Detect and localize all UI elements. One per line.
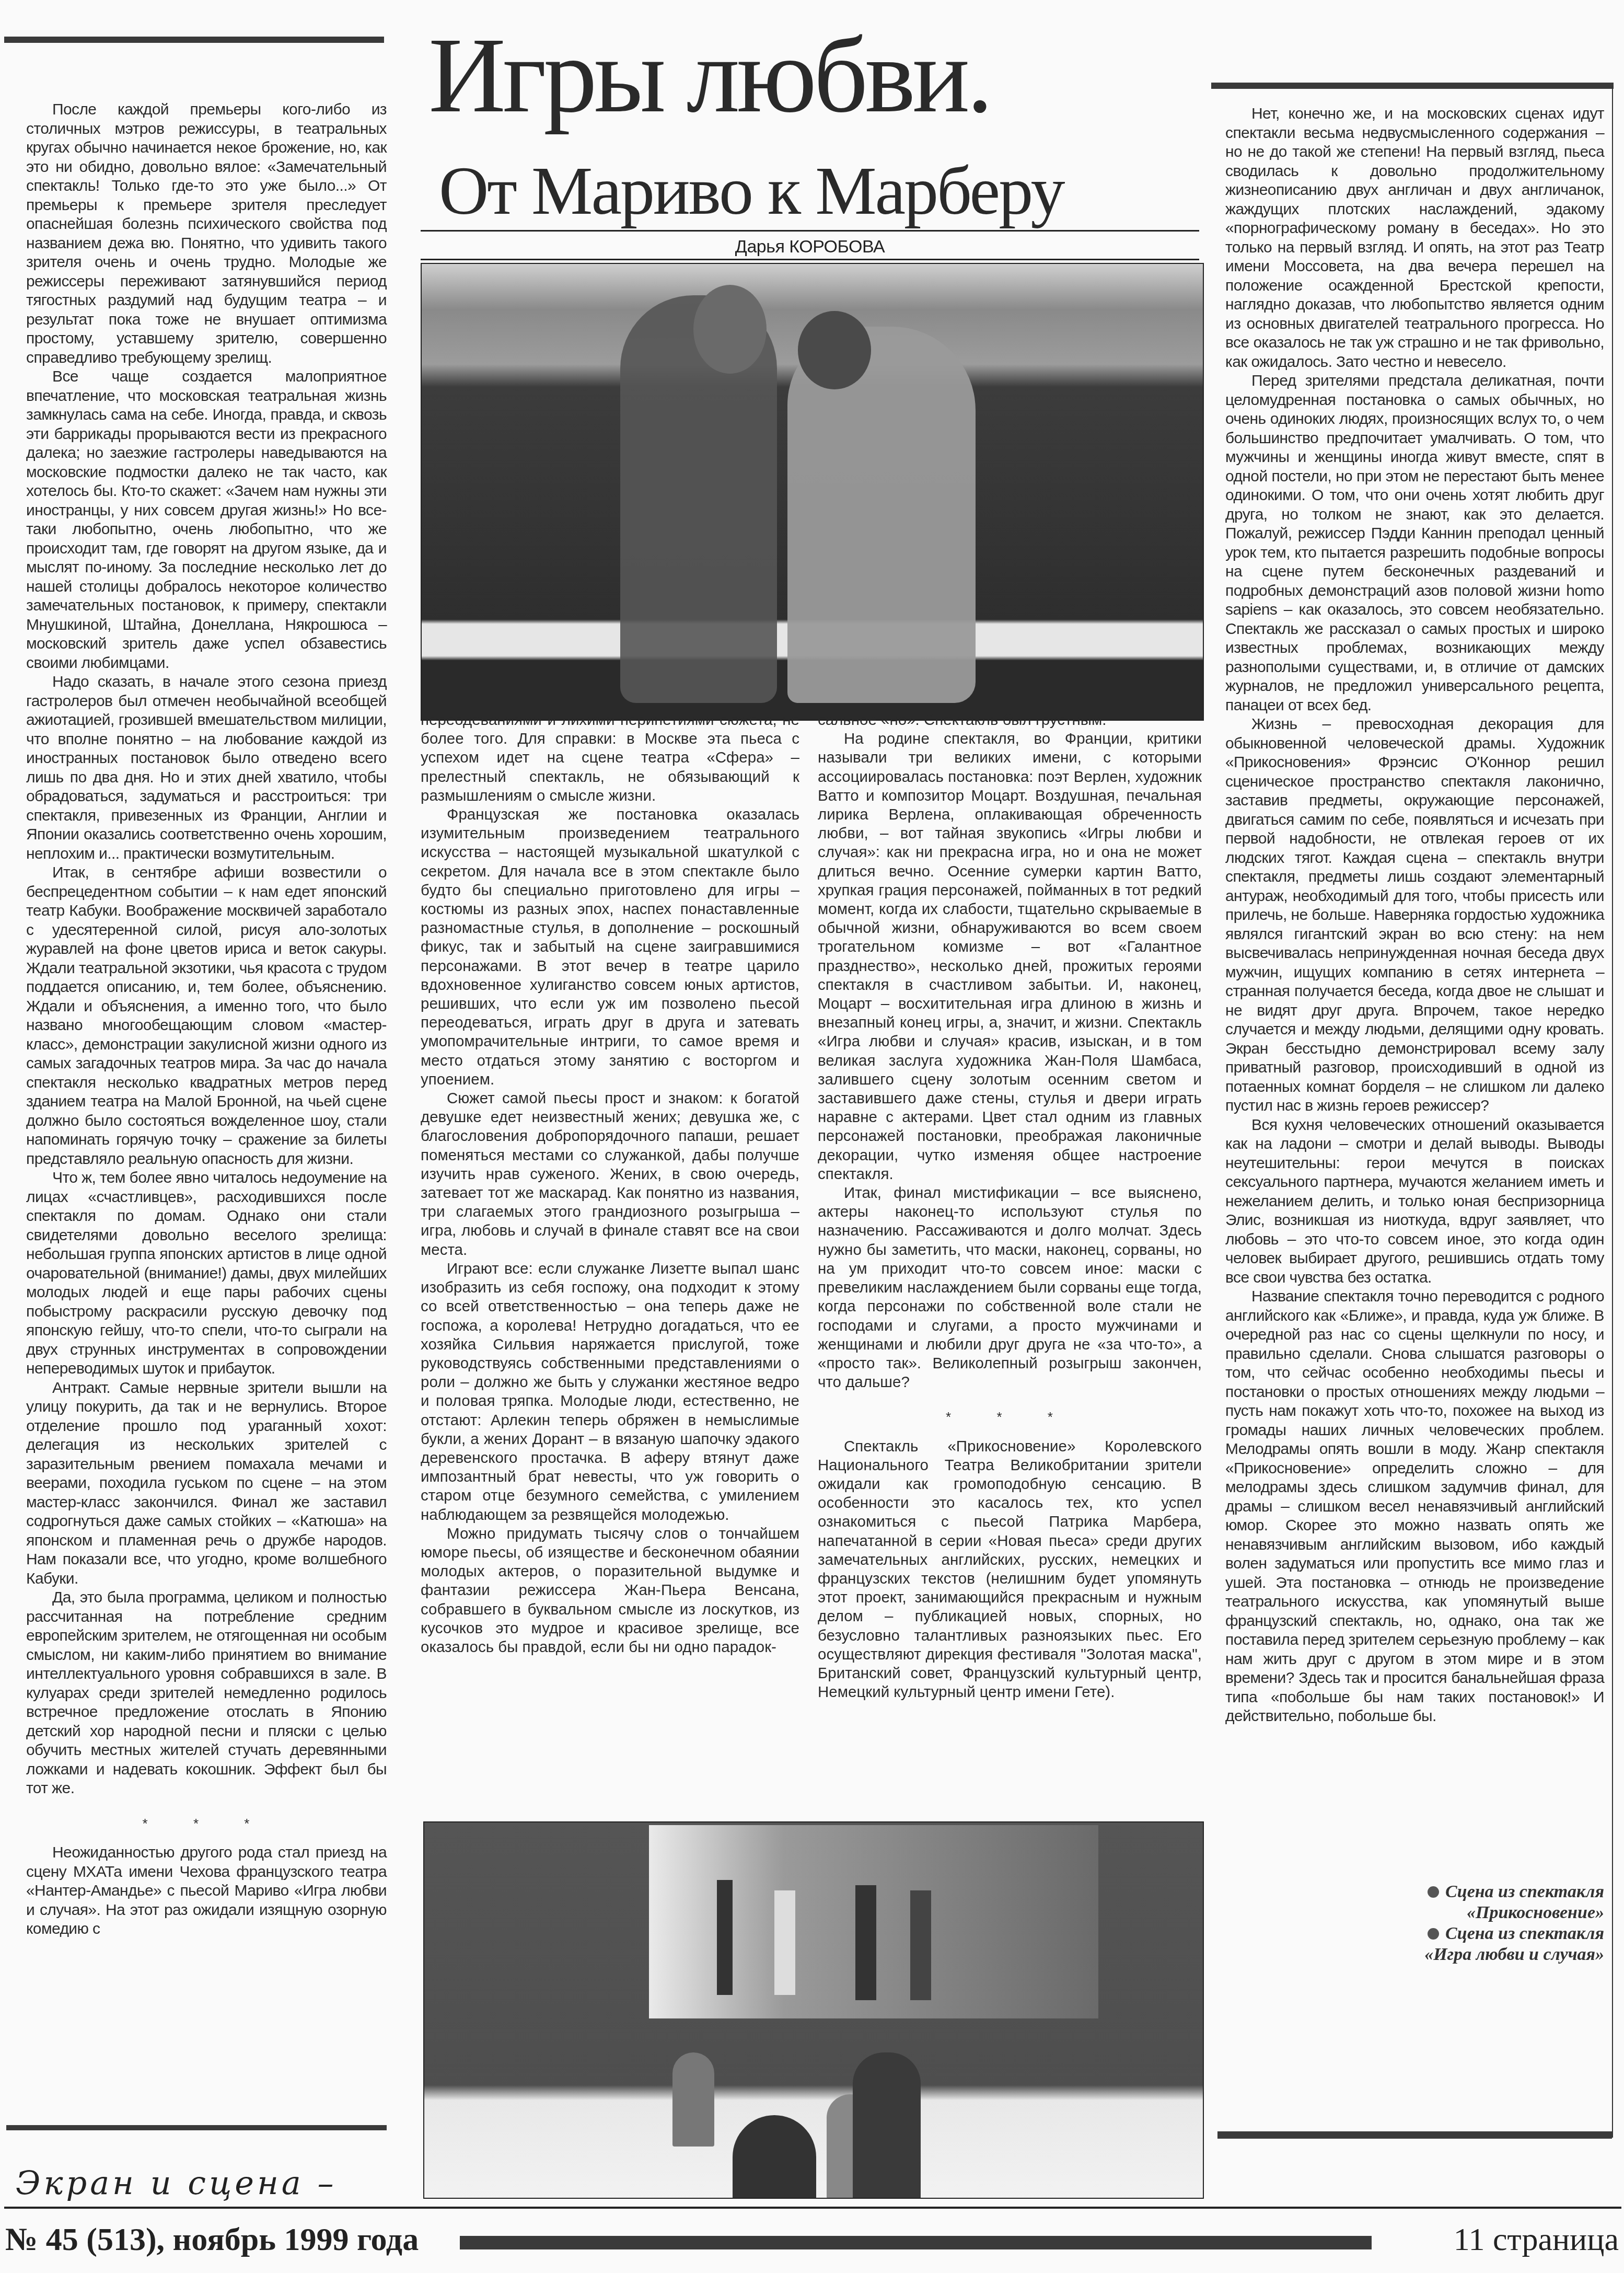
column-mid-right: сальное «но». Спектакль был грустным. На… xyxy=(818,711,1202,1702)
paragraph: Что ж, тем более явно читалось недоумени… xyxy=(26,1169,387,1379)
section-separator: * * * xyxy=(26,1814,387,1833)
headline-title: Игры любви. xyxy=(428,16,990,136)
figure-2 xyxy=(774,1890,795,1995)
paragraph: Спектакль «Прикосновение» Королевского Н… xyxy=(818,1437,1202,1702)
figure-3 xyxy=(855,1885,876,2000)
paragraph: Играют все: если служанке Лизетте выпал … xyxy=(421,1260,799,1525)
column-left: После каждой премьеры кого-либо из столи… xyxy=(26,100,387,1939)
standing-figure xyxy=(853,2052,921,2199)
figure-woman-head xyxy=(798,311,871,389)
paragraph: Перед зрителями предстала деликатная, по… xyxy=(1225,372,1604,715)
paragraph: Вся кухня человеческих отношений оказыва… xyxy=(1225,1116,1604,1288)
caption-2: Сцена из спектакля xyxy=(1296,1923,1604,1944)
column-right-border xyxy=(1612,86,1613,2138)
photo-captions: Сцена из спектакля «Прикосновение» Сцена… xyxy=(1296,1882,1604,1965)
paragraph: переодеваниями и лихими перипетиями сюже… xyxy=(421,711,799,805)
handwritten-note: Экран и сцена – xyxy=(16,2164,337,2202)
figure-4 xyxy=(910,1890,931,2000)
caption-1: Сцена из спектакля xyxy=(1296,1882,1604,1902)
caption-1-title: «Прикосновение» xyxy=(1296,1902,1604,1923)
bottom-rule-left xyxy=(6,2125,387,2130)
paragraph: Все чаще создается малоприятное впечатле… xyxy=(26,367,387,673)
footer-bar xyxy=(460,2236,1372,2249)
top-rule-left xyxy=(4,37,384,43)
page-number: 11 страница xyxy=(1454,2221,1619,2258)
paragraph: Сюжет самой пьесы прост и знаком: к бога… xyxy=(421,1089,799,1260)
bullet-icon xyxy=(1428,1928,1439,1940)
top-photo xyxy=(421,263,1204,721)
figure-1 xyxy=(717,1880,733,1995)
bullet-icon xyxy=(1428,1886,1439,1898)
byline-rule-bottom xyxy=(421,259,1199,260)
chair-1 xyxy=(672,2052,714,2147)
caption-2-title: «Игра любви и случая» xyxy=(1296,1944,1604,1965)
paragraph: На родине спектакля, во Франции, критики… xyxy=(818,730,1202,1184)
paragraph: Итак, в сентябре афиши возвестили о бесп… xyxy=(26,863,387,1169)
paragraph: Можно придумать тысячу слов о тончайшем … xyxy=(421,1525,799,1657)
byline: Дарья КОРОБОВА xyxy=(421,237,1199,257)
paragraph: сальное «но». Спектакль был грустным. xyxy=(818,711,1202,730)
seated-figure xyxy=(733,2115,816,2199)
paragraph: Название спектакля точно переводится с р… xyxy=(1225,1287,1604,1726)
paragraph: Надо сказать, в начале этого сезона прие… xyxy=(26,673,387,863)
column-mid-left: переодеваниями и лихими перипетиями сюже… xyxy=(421,711,799,1657)
paragraph: Антракт. Самые нервные зрители вышли на … xyxy=(26,1379,387,1589)
paragraph: Итак, финал мистификации – все выяснено,… xyxy=(818,1184,1202,1392)
top-rule-right xyxy=(1211,83,1614,89)
figure-man-head xyxy=(693,285,767,374)
column-right: Нет, конечно же, и на московских сценах … xyxy=(1225,105,1604,1726)
byline-rule-top xyxy=(421,230,1199,232)
paragraph: Неожиданностью другого рода стал приезд … xyxy=(26,1843,387,1939)
headline-subtitle: От Мариво к Марберу xyxy=(439,152,1063,230)
paragraph: Нет, конечно же, и на московских сценах … xyxy=(1225,105,1604,372)
bottom-photo xyxy=(423,1821,1204,2199)
footer-rule xyxy=(4,2207,1621,2209)
paragraph: Жизнь – превосходная декорация для обыкн… xyxy=(1225,715,1604,1116)
paragraph: Да, это была программа, целиком и полнос… xyxy=(26,1588,387,1798)
bottom-rule-right xyxy=(1217,2131,1612,2139)
section-separator: * * * xyxy=(818,1407,1202,1426)
issue-info: № 45 (513), ноябрь 1999 года xyxy=(5,2221,419,2258)
paragraph: Французская же постановка оказалась изум… xyxy=(421,805,799,1089)
paragraph: После каждой премьеры кого-либо из столи… xyxy=(26,100,387,367)
